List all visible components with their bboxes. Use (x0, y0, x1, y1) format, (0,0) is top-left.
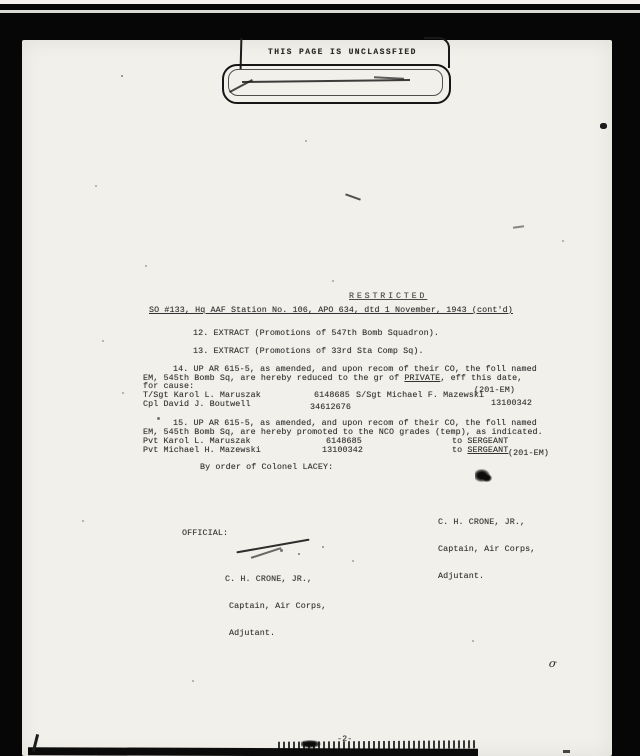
scan-speck (95, 185, 97, 187)
bottom-scan-edge (28, 747, 478, 756)
scan-speck (332, 280, 334, 282)
ink-smudge (483, 474, 492, 482)
right-edge-ink-mark (600, 123, 607, 129)
official-label: OFFICIAL: (182, 529, 228, 538)
soldier-name: Cpl David J. Boutwell (143, 400, 251, 409)
scan-speck (121, 75, 123, 77)
scanned-document-screenshot: { "stamp": { "text": "THIS PAGE IS UNCLA… (0, 0, 640, 756)
bottom-right-mark (563, 750, 570, 753)
scan-speck (305, 140, 307, 142)
stray-asterisk-mark (157, 417, 160, 420)
grade-sergeant-underlined: SERGEANT (467, 445, 508, 455)
para-14-line-2-post: , eff this date, (440, 373, 522, 383)
scan-edge-strip-top (0, 0, 640, 4)
signature-ink-dot (352, 560, 354, 562)
classification-heading: RESTRICTED (349, 292, 427, 301)
scan-speck (192, 680, 194, 682)
stray-pen-scribble (513, 225, 524, 228)
scan-speck (145, 265, 147, 267)
para-13-extract: 13. EXTRACT (Promotions of 33rd Sta Comp… (193, 347, 424, 356)
signer-title: Adjutant. (438, 572, 535, 581)
signature-block-right: C. H. CRONE, JR., Captain, Air Corps, Ad… (438, 500, 535, 599)
scan-speck (82, 520, 84, 522)
scan-edge-strip-thin (0, 10, 640, 13)
soldier-serial: 6148685 (314, 391, 350, 400)
signer-name: C. H. CRONE, JR., (225, 575, 326, 584)
signature-ink-dot (280, 549, 283, 552)
signature-ink-dot (322, 546, 324, 548)
soldier-serial: 13100342 (491, 399, 532, 408)
signature-block-left: C. H. CRONE, JR., Captain, Air Corps, Ad… (225, 557, 326, 656)
scan-speck (102, 340, 104, 342)
promotion-grade: to SERGEANT (452, 446, 508, 455)
para-14-file-note: (201-EM) (474, 386, 515, 395)
stray-pen-dash (345, 193, 361, 200)
para-12-extract: 12. EXTRACT (Promotions of 547th Bomb Sq… (193, 329, 439, 338)
signer-title: Adjutant. (225, 629, 326, 638)
signer-name: C. H. CRONE, JR., (438, 518, 535, 527)
signature-ink-dot (298, 553, 300, 555)
para-14-grade-private: PRIVATE (404, 373, 440, 383)
promotion-to-label: to (452, 445, 462, 455)
para-14-line-2: EM, 545th Bomb Sq, are hereby reduced to… (143, 374, 522, 383)
document-page: THIS PAGE IS UNCLASSFIED RESTRICTED SO #… (22, 40, 612, 756)
scan-speck (562, 240, 564, 242)
scan-speck (472, 640, 474, 642)
soldier-name: Pvt Michael H. Mazewski (143, 446, 261, 455)
bottom-ink-blob (301, 740, 321, 748)
para-15-file-note: (201-EM) (508, 449, 549, 458)
signer-rank: Captain, Air Corps, (438, 545, 535, 554)
handwritten-margin-mark: σ (548, 657, 557, 671)
soldier-serial: 13100342 (322, 446, 363, 455)
unclassified-stamp-text: THIS PAGE IS UNCLASSFIED (268, 48, 417, 57)
by-order-line: By order of Colonel LACEY: (200, 463, 333, 472)
soldier-serial: 34612676 (310, 403, 351, 412)
order-continuation-line: SO #133, Hq AAF Station No. 106, APO 634… (149, 306, 513, 315)
soldier-name: S/Sgt Michael F. Mazewski (356, 391, 484, 400)
signer-rank: Captain, Air Corps, (225, 602, 326, 611)
scan-speck (122, 392, 124, 394)
